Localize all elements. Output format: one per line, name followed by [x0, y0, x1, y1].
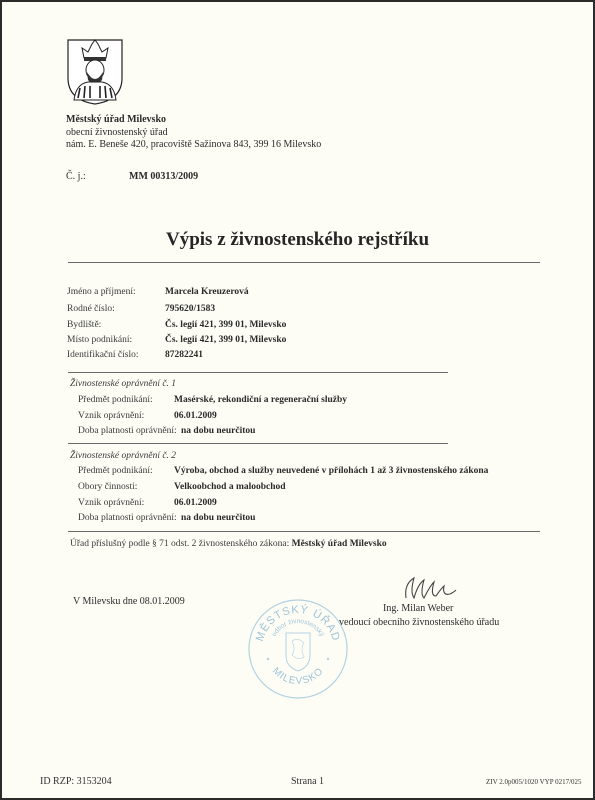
signature-icon	[400, 574, 460, 604]
stamp-bottom-text: MILEVSKO	[270, 666, 326, 687]
reference-label: Č. j.:	[66, 171, 86, 182]
form-code: ZIV 2.0p005/1020 VYP 0217/025	[486, 778, 582, 786]
authority-value: Městský úřad Milevsko	[292, 539, 387, 549]
authority-label: Úřad příslušný podle § 71 odst. 2 živnos…	[70, 539, 289, 549]
residence-label: Bydliště:	[67, 320, 101, 330]
permit-2-heading: Živnostenské oprávnění č. 2	[70, 451, 176, 461]
permit-2-validity-value: na dobu neurčitou	[181, 513, 255, 523]
id-number-label: Identifikační číslo:	[67, 350, 139, 360]
permit-2-subject-label: Předmět podnikání:	[78, 466, 153, 476]
permit-2-origin-label: Vznik oprávnění:	[78, 498, 144, 508]
id-number-value: 87282241	[165, 350, 203, 360]
permit-1-validity-value: na dobu neurčitou	[181, 426, 255, 436]
business-place-label: Místo podnikání:	[67, 335, 132, 345]
office-subtitle: obecní živnostenský úřad	[66, 127, 168, 138]
reference-number: MM 00313/2009	[129, 171, 198, 182]
title-divider	[68, 262, 540, 263]
office-address: nám. E. Beneše 420, pracoviště Sažinova …	[66, 139, 321, 150]
permit-1-subject-label: Předmět podnikání:	[78, 395, 153, 405]
permit-2-fields-label: Obory činnosti:	[78, 482, 137, 492]
name-label: Jméno a příjmení:	[67, 287, 136, 297]
permit-1-heading: Živnostenské oprávnění č. 1	[70, 379, 176, 389]
page-number: Strana 1	[291, 776, 324, 787]
document-title: Výpis z živnostenského rejstříku	[0, 229, 595, 251]
permit-1-divider	[68, 443, 448, 444]
office-name: Městský úřad Milevsko	[66, 114, 166, 125]
register-id: ID RZP: 3153204	[40, 776, 112, 787]
svg-text:MILEVSKO: MILEVSKO	[270, 666, 326, 687]
name-value: Marcela Kreuzerová	[165, 287, 249, 297]
birth-number-label: Rodné číslo:	[67, 304, 115, 314]
permit-2-validity-label: Doba platnosti oprávnění:	[78, 513, 177, 523]
permit-1-validity-label: Doba platnosti oprávnění:	[78, 426, 177, 436]
signatory-name: Ing. Milan Weber	[383, 603, 453, 614]
permit-2-divider	[68, 531, 540, 532]
place-and-date: V Milevsku dne 08.01.2009	[73, 596, 185, 607]
permit-1-origin-value: 06.01.2009	[174, 411, 217, 421]
permit-1-origin-label: Vznik oprávnění:	[78, 411, 144, 421]
permit-2-subject-value: Výroba, obchod a služby neuvedené v příl…	[174, 466, 488, 476]
official-stamp-icon: MĚSTSKÝ ÚŘAD odbor živnostenský MILEVSKO	[246, 597, 350, 701]
competent-authority: Úřad příslušný podle § 71 odst. 2 živnos…	[70, 539, 387, 549]
residence-value: Čs. legií 421, 399 01, Milevsko	[165, 320, 286, 330]
coat-of-arms-king-icon	[66, 38, 124, 106]
permit-2-origin-value: 06.01.2009	[174, 498, 217, 508]
person-divider	[68, 372, 448, 373]
permit-1-subject-value: Masérské, rekondiční a regenerační služb…	[174, 395, 347, 405]
business-place-value: Čs. legií 421, 399 01, Milevsko	[165, 335, 286, 345]
permit-2-fields-value: Velkoobchod a maloobchod	[174, 482, 286, 492]
signatory-role: vedoucí obecního živnostenského úřadu	[339, 617, 499, 628]
birth-number-value: 795620/1583	[165, 304, 215, 314]
